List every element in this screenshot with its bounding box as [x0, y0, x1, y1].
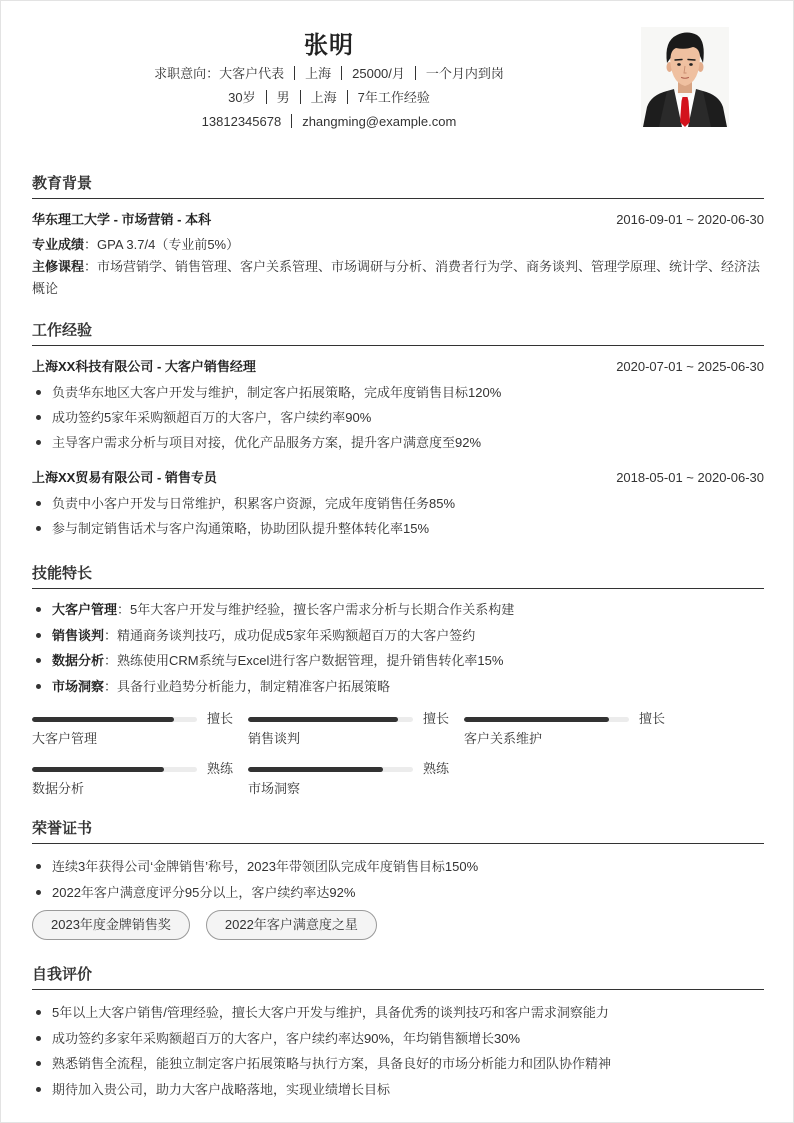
separator: [347, 90, 348, 104]
school-major-degree: 华东理工大学 - 市场营销 - 本科: [32, 209, 211, 231]
skill-bullets: 大客户管理：5年大客户开发与维护经验，擅长客户需求分析与长期合作关系构建 销售谈…: [32, 597, 764, 699]
section-title: 自我评价: [32, 964, 764, 990]
date-range: 2016-09-01 ~ 2020-06-30: [616, 209, 764, 231]
list-item: 连续3年获得公司‘金牌销售’称号，2023年带领团队完成年度销售目标150%: [32, 854, 764, 880]
skill-name: 大客户管理: [32, 730, 233, 748]
job-intent-line: 求职意向：大客户代表上海25000/月一个月内到岗: [32, 62, 626, 86]
progress-track: [32, 717, 197, 722]
list-item: 2022年客户满意度评分95分以上，客户续约率达92%: [32, 880, 764, 906]
separator: [300, 90, 301, 104]
skill-name: 客户关系维护: [464, 730, 665, 748]
section-title: 工作经验: [32, 320, 764, 346]
section-title: 技能特长: [32, 563, 764, 589]
resume-body: 教育背景 华东理工大学 - 市场营销 - 本科 2016-09-01 ~ 202…: [32, 173, 764, 1102]
skill-level: 熟练: [197, 760, 233, 778]
entry-header: 上海XX贸易有限公司 - 销售专员 2018-05-01 ~ 2020-06-3…: [32, 467, 764, 489]
skills-section: 技能特长 大客户管理：5年大客户开发与维护经验，擅长客户需求分析与长期合作关系构…: [32, 563, 764, 798]
skill-desc: ：熟练使用CRM系统与Excel进行客户数据管理，提升销售转化率15%: [104, 653, 503, 668]
progress-track: [32, 767, 197, 772]
section-title: 荣誉证书: [32, 818, 764, 844]
job-intent: 求职意向：大客户代表: [154, 66, 284, 81]
list-item: 数据分析：熟练使用CRM系统与Excel进行客户数据管理，提升销售转化率15%: [32, 648, 764, 674]
job-bullets: 负责华东地区大客户开发与维护，制定客户拓展策略，完成年度销售目标120% 成功签…: [32, 380, 764, 455]
skill-name: 销售谈判: [248, 730, 449, 748]
skill-name: 数据分析: [32, 780, 233, 798]
progress-track: [248, 717, 413, 722]
progress-fill: [248, 767, 383, 772]
email-address: zhangming@example.com: [302, 114, 456, 129]
gender: 男: [277, 90, 290, 105]
date-range: 2020-07-01 ~ 2025-06-30: [616, 356, 764, 378]
list-item: 市场洞察：具备行业趋势分析能力，制定精准客户拓展策略: [32, 674, 764, 700]
resume-page: 张明 求职意向：大客户代表上海25000/月一个月内到岗 30岁男上海7年工作经…: [0, 0, 794, 1123]
profile-photo: [641, 27, 729, 127]
honors-section: 荣誉证书 连续3年获得公司‘金牌销售’称号，2023年带领团队完成年度销售目标1…: [32, 818, 764, 940]
location: 上海: [311, 90, 337, 105]
list-item: 成功签约多家年采购额超百万的大客户，客户续约率达90%，年均销售额增长30%: [32, 1026, 764, 1052]
contact-line: 13812345678zhangming@example.com: [32, 110, 626, 134]
field-label: 专业成绩: [32, 237, 84, 252]
honor-bullets: 连续3年获得公司‘金牌销售’称号，2023年带领团队完成年度销售目标150% 2…: [32, 854, 764, 905]
skill-bar: 擅长 销售谈判: [248, 710, 449, 748]
company-position: 上海XX科技有限公司 - 大客户销售经理: [32, 356, 256, 378]
skill-level: 擅长: [413, 710, 449, 728]
skill-bar: 熟练 数据分析: [32, 760, 233, 798]
skill-bar: 擅长 客户关系维护: [464, 710, 665, 748]
skill-desc: ：5年大客户开发与维护经验，擅长客户需求分析与长期合作关系构建: [117, 602, 514, 617]
skill-level: 熟练: [413, 760, 449, 778]
skill-level-grid: 擅长 大客户管理 擅长 销售谈判 擅长 客户关系维护 熟练 数据分析 熟练: [32, 710, 764, 798]
company-position: 上海XX贸易有限公司 - 销售专员: [32, 467, 217, 489]
job-entry: 上海XX贸易有限公司 - 销售专员 2018-05-01 ~ 2020-06-3…: [32, 467, 764, 541]
progress-fill: [32, 717, 174, 722]
separator: [291, 114, 292, 128]
basic-info-line: 30岁男上海7年工作经验: [32, 86, 626, 110]
experience-years: 7年工作经验: [358, 90, 430, 105]
list-item: 期待加入贵公司，助力大客户战略落地，实现业绩增长目标: [32, 1077, 764, 1103]
progress-fill: [464, 717, 609, 722]
self-evaluation-bullets: 5年以上大客户销售/管理经验，擅长大客户开发与维护，具备优秀的谈判技巧和客户需求…: [32, 1000, 764, 1102]
expected-salary: 25000/月: [352, 66, 405, 81]
skill-bar: 熟练 市场洞察: [248, 760, 449, 798]
avatar-illustration-icon: [641, 27, 729, 127]
skill-desc: ：具备行业趋势分析能力，制定精准客户拓展策略: [104, 679, 390, 694]
award-badges: 2023年度金牌销售奖 2022年客户满意度之星: [32, 910, 764, 940]
intent-city: 上海: [305, 66, 331, 81]
date-range: 2018-05-01 ~ 2020-06-30: [616, 467, 764, 489]
progress-fill: [248, 717, 398, 722]
separator: [266, 90, 267, 104]
list-item: 成功签约5家年采购额超百万的大客户，客户续约率90%: [32, 405, 764, 430]
separator: [415, 66, 416, 80]
award-badge: 2023年度金牌销售奖: [32, 910, 190, 940]
skill-bar: 擅长 大客户管理: [32, 710, 233, 748]
list-item: 负责华东地区大客户开发与维护，制定客户拓展策略，完成年度销售目标120%: [32, 380, 764, 405]
progress-fill: [32, 767, 164, 772]
availability: 一个月内到岗: [426, 66, 504, 81]
education-entry: 华东理工大学 - 市场营销 - 本科 2016-09-01 ~ 2020-06-…: [32, 209, 764, 300]
list-item: 熟悉销售全流程，能独立制定客户拓展策略与执行方案，具备良好的市场分析能力和团队协…: [32, 1051, 764, 1077]
candidate-name: 张明: [32, 30, 626, 62]
skill-label: 销售谈判: [52, 628, 104, 643]
skill-level: 擅长: [197, 710, 233, 728]
list-item: 大客户管理：5年大客户开发与维护经验，擅长客户需求分析与长期合作关系构建: [32, 597, 764, 623]
progress-track: [248, 767, 413, 772]
skill-level: 擅长: [629, 710, 665, 728]
list-item: 参与制定销售话术与客户沟通策略，协助团队提升整体转化率15%: [32, 516, 764, 541]
entry-header: 上海XX科技有限公司 - 大客户销售经理 2020-07-01 ~ 2025-0…: [32, 356, 764, 378]
list-item: 销售谈判：精通商务谈判技巧，成功促成5家年采购额超百万的大客户签约: [32, 623, 764, 649]
list-item: 负责中小客户开发与日常维护，积累客户资源，完成年度销售任务85%: [32, 491, 764, 516]
age: 30岁: [228, 90, 255, 105]
phone-number: 13812345678: [202, 114, 282, 129]
field-value: ：市场营销学、销售管理、客户关系管理、市场调研与分析、消费者行为学、商务谈判、管…: [32, 259, 760, 296]
entry-header: 华东理工大学 - 市场营销 - 本科 2016-09-01 ~ 2020-06-…: [32, 209, 764, 231]
progress-track: [464, 717, 629, 722]
list-item: 5年以上大客户销售/管理经验，擅长大客户开发与维护，具备优秀的谈判技巧和客户需求…: [32, 1000, 764, 1026]
gpa-field: 专业成绩：GPA 3.7/4（专业前5%）: [32, 234, 764, 256]
self-evaluation-section: 自我评价 5年以上大客户销售/管理经验，擅长大客户开发与维护，具备优秀的谈判技巧…: [32, 964, 764, 1102]
separator: [341, 66, 342, 80]
skill-name: 市场洞察: [248, 780, 449, 798]
job-entry: 上海XX科技有限公司 - 大客户销售经理 2020-07-01 ~ 2025-0…: [32, 356, 764, 455]
skill-label: 市场洞察: [52, 679, 104, 694]
section-title: 教育背景: [32, 173, 764, 199]
field-value: ：GPA 3.7/4（专业前5%）: [84, 237, 239, 252]
skill-label: 大客户管理: [52, 602, 117, 617]
award-badge: 2022年客户满意度之星: [206, 910, 377, 940]
separator: [294, 66, 295, 80]
field-label: 主修课程: [32, 259, 84, 274]
courses-field: 主修课程：市场营销学、销售管理、客户关系管理、市场调研与分析、消费者行为学、商务…: [32, 256, 764, 300]
job-bullets: 负责中小客户开发与日常维护，积累客户资源，完成年度销售任务85% 参与制定销售话…: [32, 491, 764, 541]
resume-header: 张明 求职意向：大客户代表上海25000/月一个月内到岗 30岁男上海7年工作经…: [32, 30, 626, 134]
skill-desc: ：精通商务谈判技巧，成功促成5家年采购额超百万的大客户签约: [104, 628, 475, 643]
skill-label: 数据分析: [52, 653, 104, 668]
list-item: 主导客户需求分析与项目对接，优化产品服务方案，提升客户满意度至92%: [32, 430, 764, 455]
work-experience-section: 工作经验 上海XX科技有限公司 - 大客户销售经理 2020-07-01 ~ 2…: [32, 320, 764, 541]
education-section: 教育背景 华东理工大学 - 市场营销 - 本科 2016-09-01 ~ 202…: [32, 173, 764, 300]
